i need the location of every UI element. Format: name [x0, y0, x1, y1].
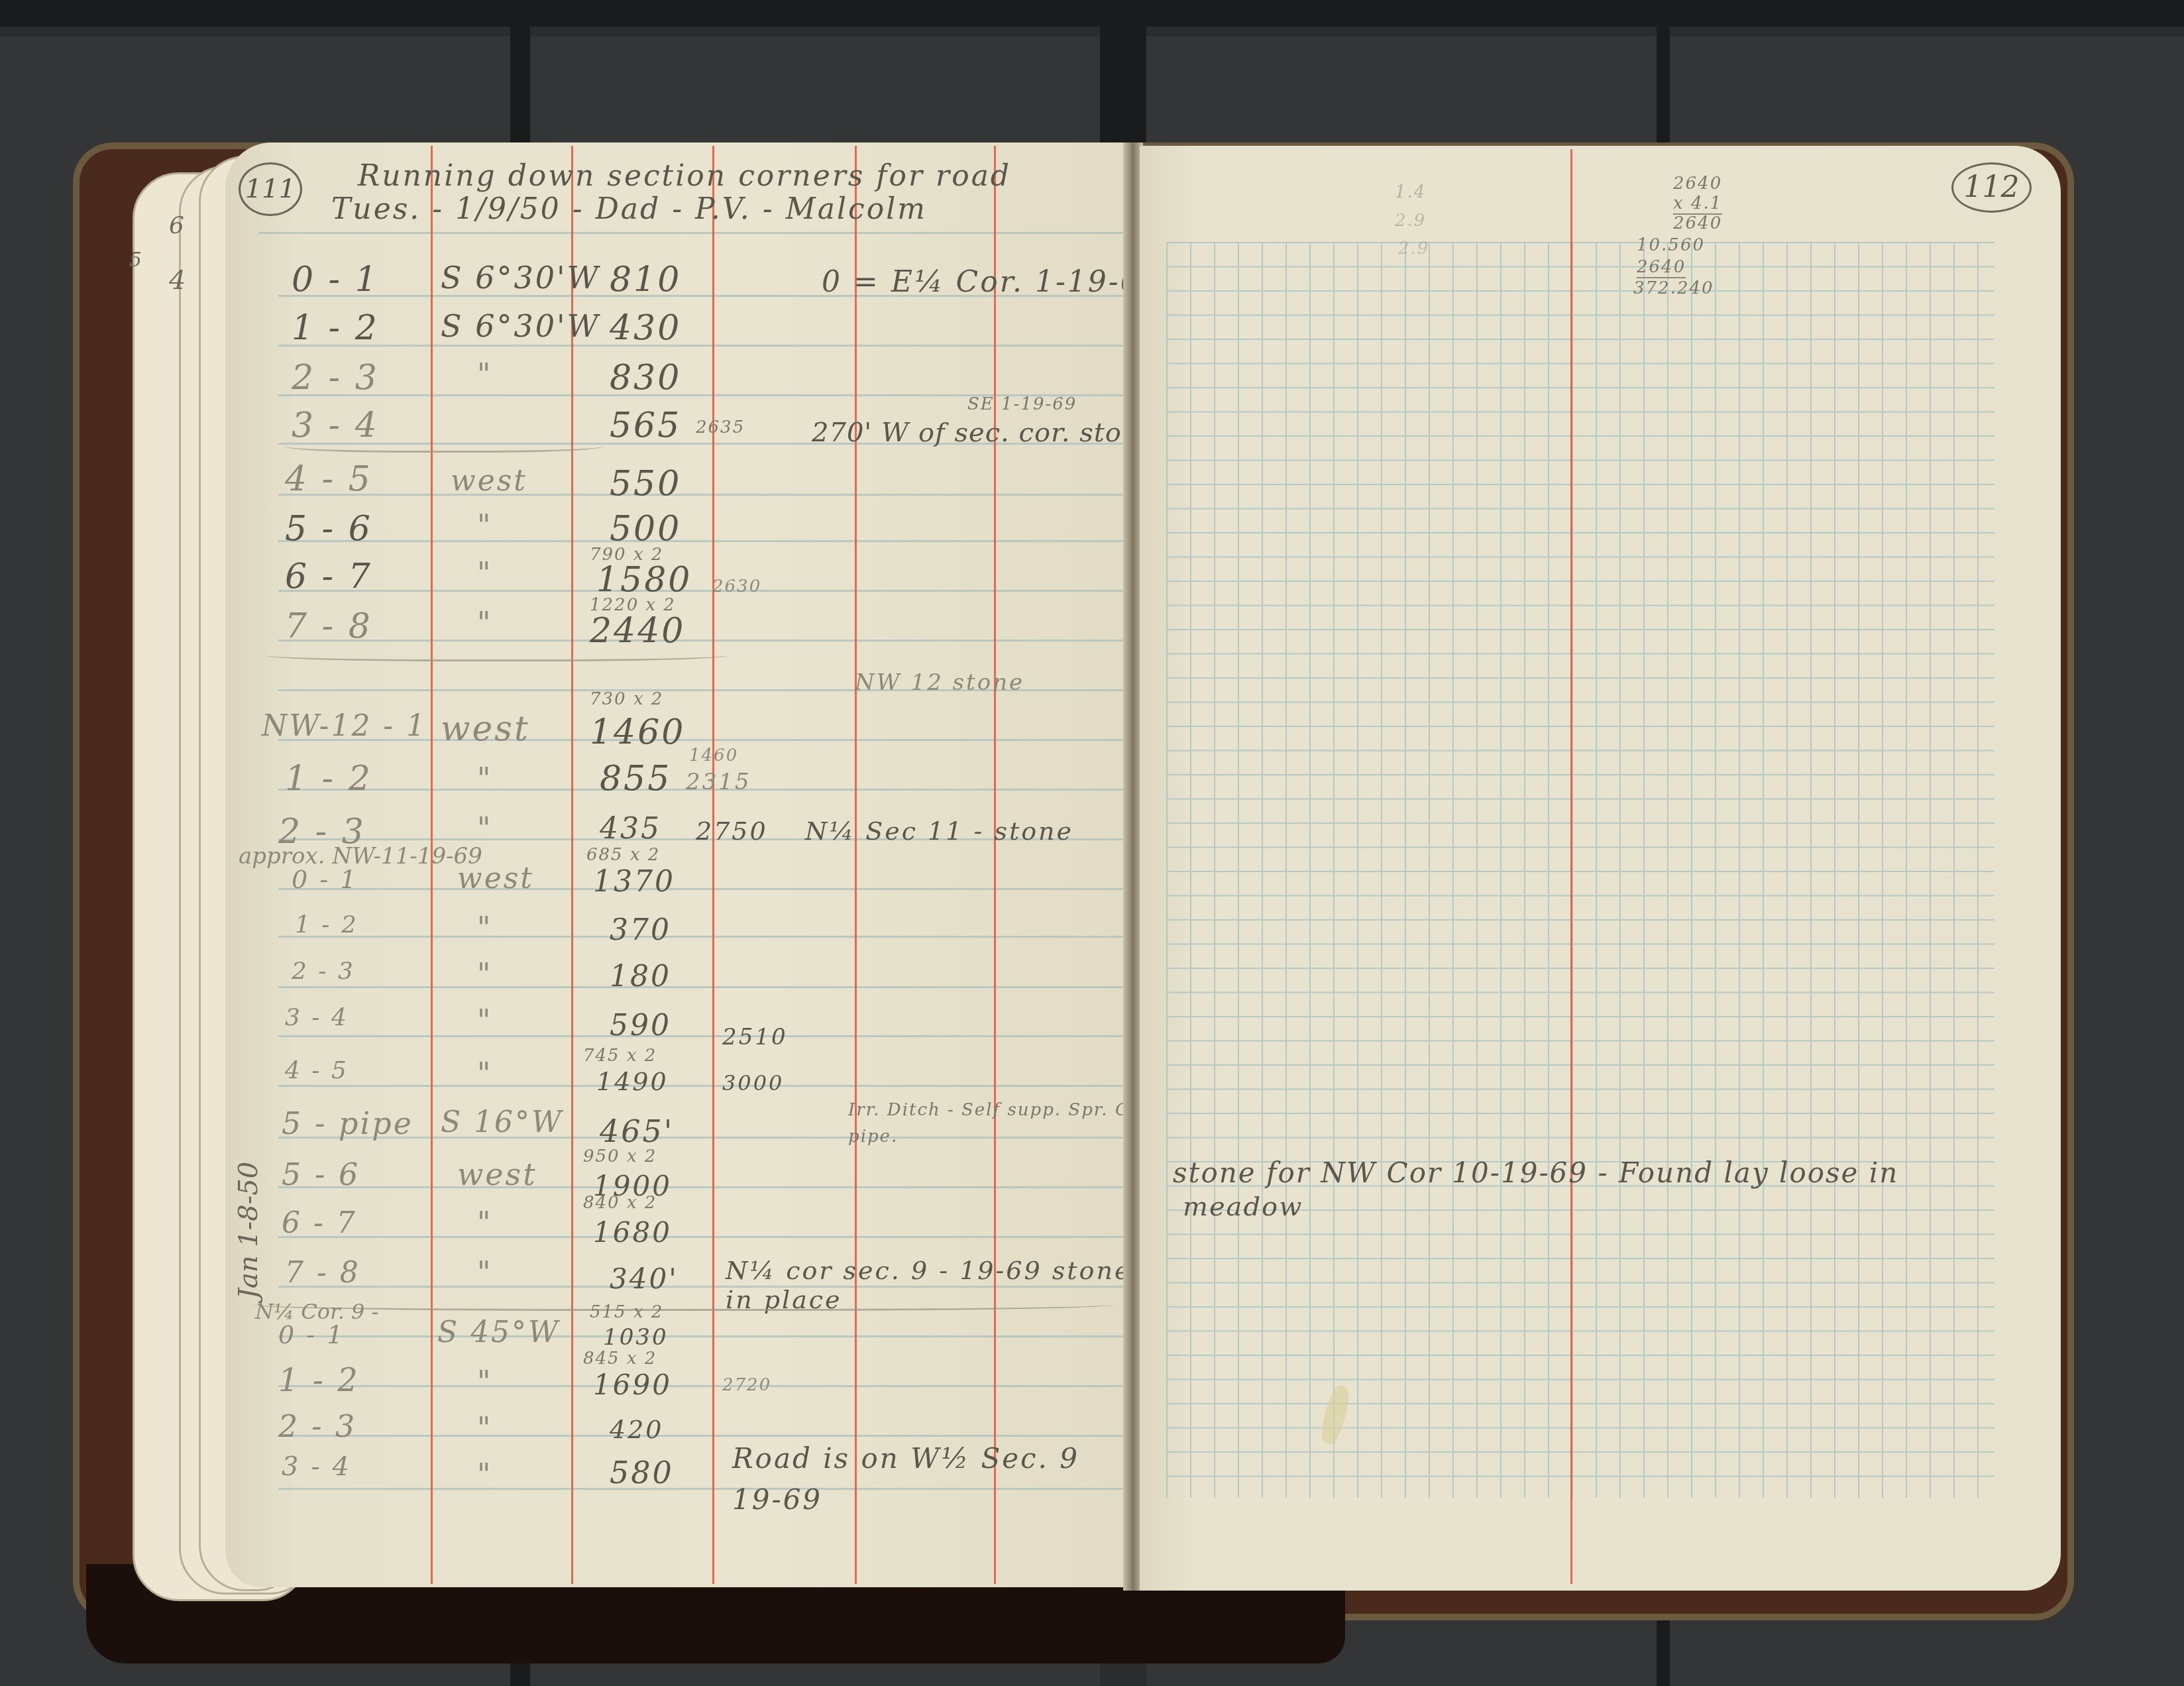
distance-note: 950 x 2: [583, 1147, 657, 1166]
distance-cell: 1580: [596, 560, 692, 600]
distance-note: 745 x 2: [583, 1046, 657, 1066]
cumulative-cell: 2510: [722, 1024, 788, 1050]
page-number-right: 112: [1951, 162, 2032, 213]
distance-cell: 1030: [603, 1324, 669, 1351]
header-line-1: Running down section corners for road: [358, 159, 1011, 193]
station-cell: 7 - 8: [285, 1256, 360, 1290]
distance-cell: 590: [610, 1009, 671, 1042]
bearing-cell: ": [477, 762, 492, 796]
station-cell: 6 - 7: [285, 557, 372, 596]
station-cell: 1 - 2: [292, 308, 379, 348]
bearing-cell: west: [441, 709, 530, 749]
bearing-cell: S 16°W: [441, 1105, 563, 1139]
page-number-text: 112: [1964, 170, 2020, 204]
cumulative-note: 1460: [689, 746, 738, 765]
calc-line: 2640: [1673, 174, 1722, 194]
bearing-cell: ": [477, 557, 492, 590]
distance-cell: 340': [610, 1263, 679, 1295]
header-line-2: Tues. - 1/9/50 - Dad - P.V. - Malcolm: [331, 192, 927, 226]
remark-cell: N¼ Sec 11 - stone: [805, 816, 1073, 846]
bearing-cell: ": [477, 1458, 492, 1492]
station-cell: 2 - 3: [292, 958, 355, 985]
cumulative-cell: 2315: [686, 769, 751, 795]
bearing-cell: west: [451, 464, 527, 498]
station-cell: 5 - 6: [282, 1156, 360, 1192]
bearing-cell: ": [477, 358, 492, 392]
calc-line: 2640: [1637, 257, 1686, 278]
page-number-text: 111: [245, 174, 296, 204]
bearing-cell: ": [477, 606, 492, 640]
bearing-cell: ": [477, 911, 492, 945]
background-bar-top: [0, 0, 2184, 27]
calc-line: x 4.1: [1673, 194, 1722, 215]
remark-cell: Road is on W½ Sec. 9 19-69: [732, 1438, 1123, 1520]
cumulative-cell: 2635: [696, 418, 745, 437]
distance-cell: 465': [600, 1113, 674, 1149]
station-cell: 4 - 5: [285, 1057, 349, 1084]
distance-cell: 420: [610, 1415, 664, 1444]
distance-note: 515 x 2: [590, 1302, 663, 1322]
faint-mark: 2.9: [1395, 211, 1426, 231]
distance-cell: 550: [610, 464, 681, 504]
remark-cell: Irr. Ditch - Self supp. Spr. Co. pipe.: [848, 1097, 1153, 1150]
distance-note: 840 x 2: [583, 1193, 657, 1213]
distance-cell: 1460: [590, 712, 685, 752]
cumulative-cell: 2630: [712, 577, 761, 596]
remark-superscript: SE 1-19-69: [967, 394, 1077, 414]
bearing-cell: ": [477, 1365, 492, 1399]
station-cell: 0 - 1: [292, 260, 379, 300]
stack-edge-number: 6: [169, 212, 184, 239]
distance-cell: 1490: [596, 1067, 669, 1096]
station-cell: 1 - 2: [295, 911, 358, 938]
bearing-cell: ": [477, 812, 492, 846]
margin-date-note: Jan 1-8-50: [233, 1162, 264, 1299]
station-cell: 0 - 1: [292, 865, 358, 894]
bearing-cell: ": [477, 1412, 492, 1445]
distance-cell: 1680: [593, 1216, 672, 1249]
distance-cell: 430: [610, 308, 681, 348]
distance-cell: 500: [610, 509, 681, 549]
bearing-cell: ": [477, 1206, 492, 1240]
station-cell: 7 - 8: [285, 606, 372, 646]
station-cell: 1 - 2: [278, 1362, 360, 1399]
right-page-note-line-2: meadow: [1183, 1192, 1303, 1222]
distance-cell: 580: [610, 1455, 674, 1490]
section-divider: [252, 1296, 1113, 1311]
distance-cell: 180: [610, 960, 671, 993]
distance-cell: 2440: [590, 611, 685, 651]
bearing-cell: ": [477, 509, 492, 543]
remark-cell: 270' W of sec. cor. stone: [812, 418, 1156, 448]
cumulative-cell: 3000: [722, 1070, 784, 1096]
right-page-note-line-1: stone for NW Cor 10-19-69 - Found lay lo…: [1173, 1156, 1898, 1189]
faint-mark: 1.4: [1395, 182, 1426, 202]
section-divider: [285, 437, 603, 453]
remark-cell: 0 = E¼ Cor. 1-19-69: [822, 265, 1162, 299]
bearing-cell: west: [457, 862, 534, 895]
bearing-cell: S 6°30'W: [441, 260, 600, 296]
station-cell: 4 - 5: [285, 459, 372, 499]
distance-cell: 810: [610, 260, 681, 300]
station-cell: 3 - 4: [282, 1451, 351, 1482]
station-cell: 1 - 2: [285, 759, 372, 799]
station-cell: 5 - 6: [285, 509, 372, 549]
distance-note: 845 x 2: [583, 1349, 657, 1369]
calc-line: 10.560: [1637, 235, 1705, 255]
stack-edge-number: 4: [169, 265, 186, 296]
bearing-cell: ": [477, 1004, 492, 1038]
background-divider-2: [1100, 27, 1146, 159]
station-cell: 0 - 1: [278, 1320, 345, 1349]
station-cell: 6 - 7: [282, 1206, 357, 1240]
bearing-cell: S 45°W: [437, 1316, 560, 1349]
bearing-cell: ": [477, 1057, 492, 1091]
cumulative-cell: 2720: [722, 1375, 771, 1395]
bearing-cell: ": [477, 1256, 492, 1290]
station-cell: 2 - 3: [292, 358, 379, 398]
distance-cell: 1370: [593, 865, 675, 899]
section-label: approx. NW-11-19-69: [239, 843, 482, 870]
right-page-red-rule: [1570, 149, 1572, 1584]
bearing-cell: S 6°30'W: [441, 308, 600, 344]
distance-note: 685 x 2: [586, 845, 660, 865]
distance-cell: 855: [600, 759, 671, 799]
station-cell: 5 - pipe: [282, 1105, 413, 1141]
stack-edge-number: 5: [129, 249, 142, 272]
station-cell: 3 - 4: [285, 1004, 349, 1031]
bearing-cell: west: [457, 1156, 537, 1192]
distance-cell: 830: [610, 358, 681, 398]
distance-cell: 565: [610, 406, 681, 445]
faint-mark: 2.9: [1398, 239, 1429, 258]
remark-cell: NW 12 stone: [855, 669, 1024, 696]
section-divider: [265, 646, 729, 661]
bearing-cell: ": [477, 958, 492, 991]
cumulative-cell: 2750: [696, 816, 768, 846]
graph-grid: [1166, 242, 1994, 1498]
station-cell: NW-12 - 1: [262, 709, 427, 743]
distance-cell: 435: [600, 812, 661, 846]
calc-line: 2640: [1673, 213, 1722, 233]
distance-cell: 370: [610, 913, 671, 947]
distance-note: 730 x 2: [590, 689, 663, 709]
calc-line: 372.240: [1633, 278, 1714, 298]
station-cell: 2 - 3: [278, 1408, 356, 1444]
page-number-left: 111: [239, 162, 302, 216]
distance-cell: 1690: [593, 1369, 672, 1401]
